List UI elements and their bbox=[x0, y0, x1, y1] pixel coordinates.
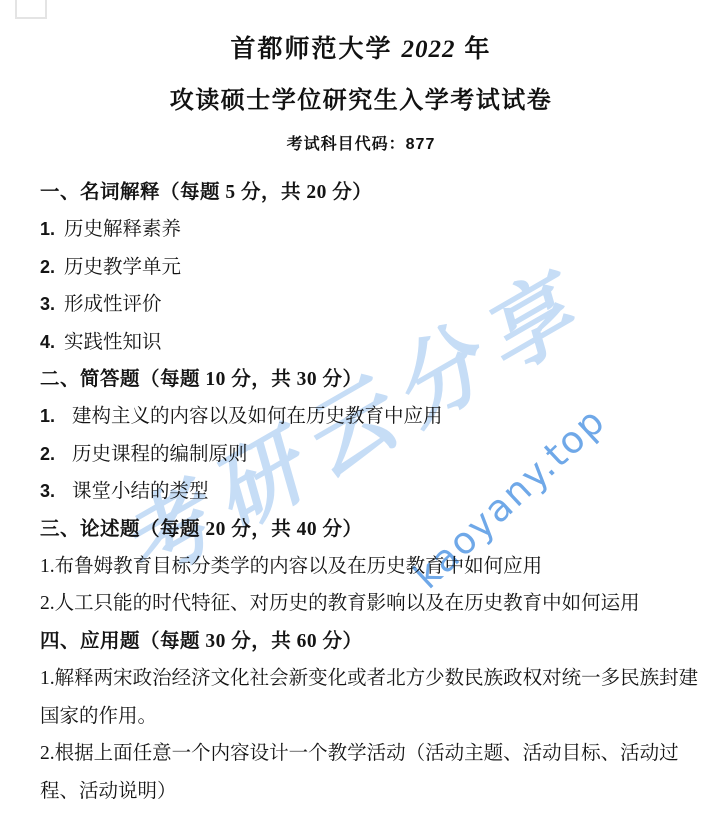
question-number: 1. bbox=[40, 219, 55, 239]
question-number: 1. bbox=[40, 556, 55, 577]
page-title: 首都师范大学2022年 bbox=[0, 29, 722, 65]
question-number: 1. bbox=[40, 668, 55, 689]
question-2-1: 1.建构主义的内容以及如何在历史教育中应用 bbox=[40, 398, 706, 435]
question-text: 解释两宋政治经济文化社会新变化或者北方少数民族政权对统一多民族封建国家的作用。 bbox=[40, 668, 698, 726]
question-text: 形成性评价 bbox=[64, 294, 162, 315]
question-text: 布鲁姆教育目标分类学的内容以及在历史教育中如何应用 bbox=[55, 556, 543, 577]
question-number: 3. bbox=[40, 481, 55, 501]
year-suffix: 年 bbox=[465, 35, 492, 63]
question-4-1: 1.解释两宋政治经济文化社会新变化或者北方少数民族政权对统一多民族封建国家的作用… bbox=[40, 660, 706, 735]
section-3-heading: 三、论述题（每题 20 分，共 40 分） bbox=[40, 511, 706, 548]
section-2-heading: 二、简答题（每题 10 分，共 30 分） bbox=[40, 361, 706, 398]
question-text: 历史解释素养 bbox=[64, 219, 181, 240]
question-number: 3. bbox=[40, 294, 55, 314]
section-1-heading: 一、名词解释（每题 5 分，共 20 分） bbox=[40, 174, 706, 211]
question-4-2: 2.根据上面任意一个内容设计一个教学活动（活动主题、活动目标、活动过程、活动说明… bbox=[40, 735, 706, 810]
question-text: 历史教学单元 bbox=[64, 257, 181, 278]
question-3-1: 1.布鲁姆教育目标分类学的内容以及在历史教育中如何应用 bbox=[40, 548, 706, 585]
exam-subtitle: 攻读硕士学位研究生入学考试试卷 bbox=[0, 80, 722, 115]
question-number: 2. bbox=[40, 743, 55, 764]
question-text: 课堂小结的类型 bbox=[72, 481, 209, 502]
subject-code-line: 考试科目代码：877 bbox=[0, 131, 722, 154]
question-1-2: 2.历史教学单元 bbox=[40, 249, 706, 286]
section-4-heading: 四、应用题（每题 30 分，共 60 分） bbox=[40, 623, 706, 660]
exam-year: 2022 bbox=[402, 36, 456, 63]
question-1-3: 3.形成性评价 bbox=[40, 286, 706, 323]
question-number: 1. bbox=[40, 406, 55, 426]
question-text: 实践性知识 bbox=[64, 332, 162, 353]
question-number: 2. bbox=[40, 593, 55, 614]
question-list: 一、名词解释（每题 5 分，共 20 分） 1.历史解释素养 2.历史教学单元 … bbox=[40, 174, 706, 810]
question-text: 人工只能的时代特征、对历史的教育影响以及在历史教育中如何运用 bbox=[55, 593, 640, 614]
question-1-1: 1.历史解释素养 bbox=[40, 211, 706, 248]
question-2-3: 3.课堂小结的类型 bbox=[40, 473, 706, 510]
question-3-2: 2.人工只能的时代特征、对历史的教育影响以及在历史教育中如何运用 bbox=[40, 585, 706, 622]
question-1-4: 4.实践性知识 bbox=[40, 324, 706, 361]
question-text: 建构主义的内容以及如何在历史教育中应用 bbox=[72, 406, 443, 427]
question-number: 4. bbox=[40, 332, 55, 352]
question-text: 根据上面任意一个内容设计一个教学活动（活动主题、活动目标、活动过程、活动说明） bbox=[40, 743, 679, 801]
question-text: 历史课程的编制原则 bbox=[72, 444, 248, 465]
exam-paper: 考研云分享 kaoyany.top 首都师范大学2022年 攻读硕士学位研究生入… bbox=[0, 0, 722, 830]
university-name: 首都师范大学 bbox=[230, 35, 392, 63]
question-2-2: 2.历史课程的编制原则 bbox=[40, 436, 706, 473]
question-number: 2. bbox=[40, 257, 55, 277]
scan-corner-artifact bbox=[15, 0, 47, 19]
question-number: 2. bbox=[40, 444, 55, 464]
